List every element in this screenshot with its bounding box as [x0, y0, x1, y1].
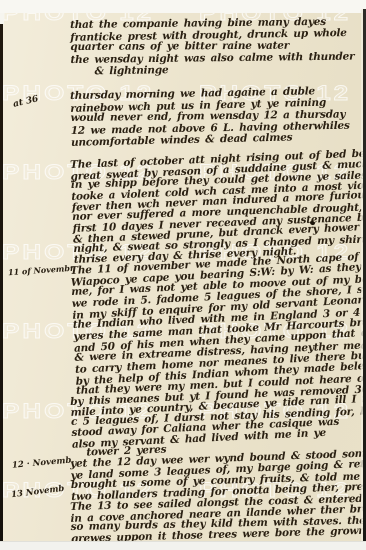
manuscript-photo: PHOTO 12PHOTO 12PHOTO 12PHOTO 12PHOTO 12…: [0, 0, 366, 550]
manuscript-paragraph: The 13 to see sailed alongst the coast &…: [70, 493, 366, 544]
handwriting-line: quarter cans of ye bitter raine water: [70, 40, 366, 53]
photo-border-top: [0, 0, 366, 13]
handwriting-block: that the companie having bine many dayes…: [70, 0, 366, 550]
manuscript-paragraph: The 11 of november we made the North cap…: [70, 250, 366, 397]
manuscript-paragraph: that the companie having bine many dayes…: [70, 16, 366, 77]
photo-border-bottom: [0, 541, 366, 550]
manuscript-paragraph: The last of october att night rising out…: [70, 148, 366, 266]
manuscript-paragraph: thursday morning we had againe a dublera…: [70, 85, 366, 149]
film-edge-left: [0, 24, 3, 542]
photo-border-corner-left: [0, 13, 4, 24]
manuscript-paragraph: by this meanes but yt I found he was rem…: [70, 384, 366, 460]
